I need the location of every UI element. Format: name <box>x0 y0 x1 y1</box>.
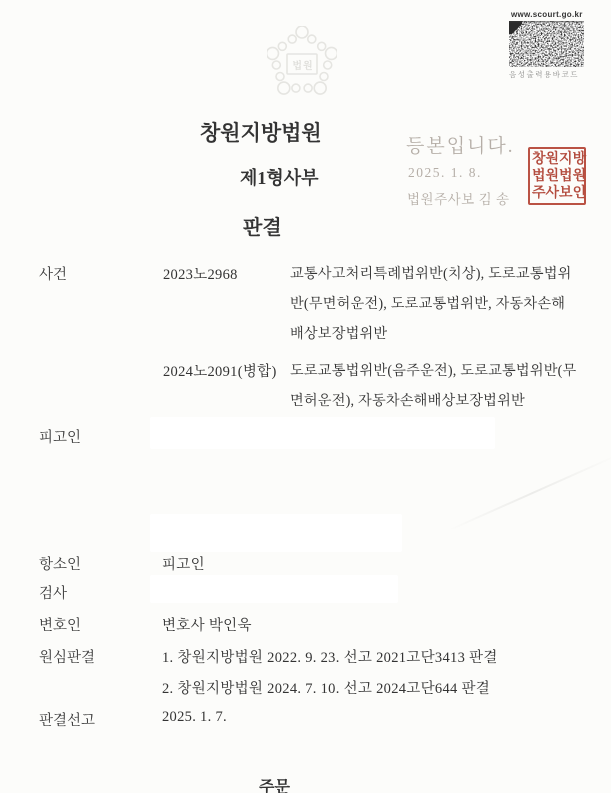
certified-copy-statement: 등본입니다. <box>406 131 515 158</box>
defendant-redaction <box>150 417 495 449</box>
counsel-label: 변호인 <box>39 614 109 635</box>
barcode-caption: 음성출력용바코드 <box>509 69 579 80</box>
scourt-url-text: www.scourt.go.kr <box>511 10 583 19</box>
case-1-charges-line-1: 교통사고처리특례법위반(치상), 도로교통법위 <box>290 263 572 283</box>
order-section-heading: 주문 <box>259 774 333 793</box>
voice-output-barcode <box>509 21 584 72</box>
court-emblem-watermark: 법원 <box>267 26 337 105</box>
case-number-1: 2023노2968 <box>163 263 238 284</box>
prosecutor-redaction <box>150 575 398 603</box>
emblem-label: 법원 <box>289 57 317 72</box>
appellant-label: 항소인 <box>39 553 109 574</box>
case-2-charges-line-1: 도로교통법위반(음주운전), 도로교통법위반(무 <box>290 360 576 380</box>
judgment-title: 판결 <box>243 211 359 240</box>
defendant-info-redaction <box>150 514 402 552</box>
clerk-red-seal: 창원지방 법원법원 주사보인 <box>528 147 586 205</box>
judgment-document-page: 법원 www.scourt.go.kr 음성출력용바코드 창원지방법원 제1형사… <box>0 0 611 793</box>
seal-row-1: 창원지방 <box>532 150 582 167</box>
lower-judgment-label: 원심판결 <box>39 646 131 667</box>
seal-row-3: 주사보인 <box>532 184 582 201</box>
case-2-charges-line-2: 면허운전), 자동차손해배상보장법위반 <box>290 390 525 410</box>
prosecutor-label: 검사 <box>39 582 109 603</box>
case-label: 사건 <box>39 263 109 284</box>
certification-date: 2025. 1. 8. <box>408 165 482 181</box>
counsel-value: 변호사 박인욱 <box>162 614 252 635</box>
appellant-value: 피고인 <box>162 553 205 574</box>
case-1-charges-line-2: 반(무면허운전), 도로교통법위반, 자동차손해 <box>290 293 565 313</box>
division-title: 제1형사부 <box>240 164 373 190</box>
case-1-charges-line-3: 배상보장법위반 <box>290 323 387 343</box>
lower-judgment-2: 2. 창원지방법원 2024. 7. 10. 선고 2024고단644 판결 <box>162 677 490 698</box>
sentencing-date-label: 판결선고 <box>39 709 131 730</box>
lower-judgment-1: 1. 창원지방법원 2022. 9. 23. 선고 2021고단3413 판결 <box>162 646 498 667</box>
seal-row-2: 법원법원 <box>532 167 582 184</box>
scan-crease <box>448 454 611 531</box>
case-number-2: 2024노2091(병합) <box>163 360 277 381</box>
certifying-officer: 법원주사보 김 송 <box>407 188 510 208</box>
court-name-title: 창원지방법원 <box>200 117 392 147</box>
sentencing-date-value: 2025. 1. 7. <box>162 709 227 726</box>
defendant-label: 피고인 <box>39 426 109 447</box>
